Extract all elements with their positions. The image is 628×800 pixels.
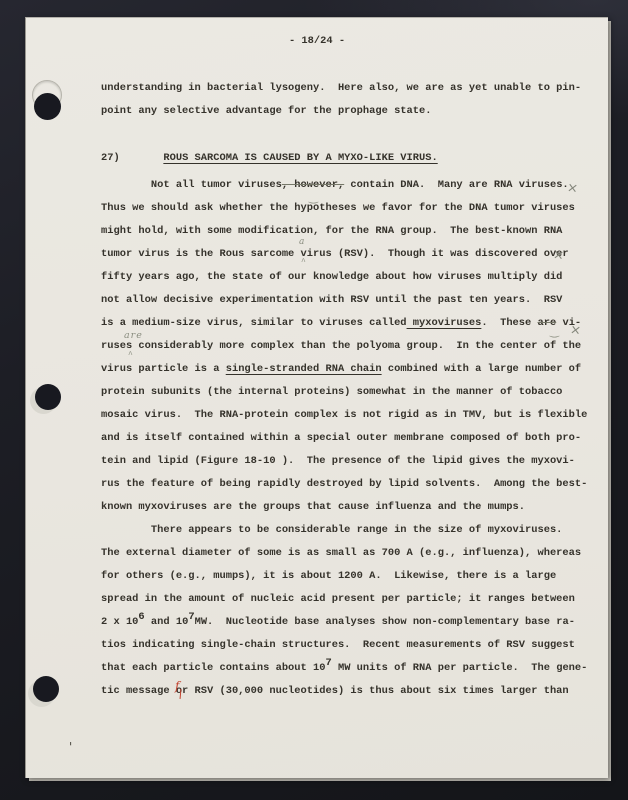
text-line: The external diameter of some is as smal… xyxy=(101,542,601,565)
text-segment: rus the feature of being rapidly destroy… xyxy=(101,478,587,490)
text-segment: fifty years ago, the state of our knowle… xyxy=(101,271,562,283)
text-segment: understanding in bacterial lysogeny. Her… xyxy=(101,82,581,94)
text-line: understanding in bacterial lysogeny. Her… xyxy=(101,77,601,100)
text-segment: MW. Nucleotide base analyses show non-co… xyxy=(195,616,575,628)
hole-punch-middle xyxy=(35,384,61,410)
text-line: rus the feature of being rapidly destroy… xyxy=(101,473,601,496)
text-segment: and is itself contained within a special… xyxy=(101,432,581,444)
text-line: 27) ROUS SARCOMA IS CAUSED BY A MYXO-LIK… xyxy=(101,147,601,170)
text-segment: protein subunits (the internal proteins)… xyxy=(101,386,562,398)
text-segment: - 18/24 - xyxy=(289,35,345,47)
text-line: tumor virus is the Rous sarcome virus (R… xyxy=(101,243,601,266)
text-segment: mosaic virus. The RNA-protein complex is… xyxy=(101,409,587,421)
text-segment: is a medium-size virus, similar to virus… xyxy=(101,317,407,329)
text-segment: The external diameter of some is as smal… xyxy=(101,547,581,559)
text-line: is a medium-size virus, similar to virus… xyxy=(101,312,601,335)
text-segment: combined with a large number of xyxy=(382,363,582,375)
text-segment: tein and lipid (Figure 18-10 ). The pres… xyxy=(101,455,575,467)
text-segment: 27) xyxy=(101,152,163,164)
text-line: ruses considerably more complex than the… xyxy=(101,335,601,358)
text-line: known myxoviruses are the groups that ca… xyxy=(101,496,601,519)
text-segment: tic message or RSV (30,000 nucleotides) … xyxy=(101,685,569,697)
page-number-line: - 18/24 - xyxy=(26,30,608,53)
text-segment: might hold, with some modification, for … xyxy=(101,225,562,237)
text-line: that each particle contains about 107 MW… xyxy=(101,657,601,680)
hole-punch-top xyxy=(34,93,61,120)
text-segment: point any selective advantage for the pr… xyxy=(101,105,431,117)
text-line: Thus we should ask whether the hypothese… xyxy=(101,197,601,220)
text-segment: virus particle is a xyxy=(101,363,226,375)
text-segment: 2 x 10 xyxy=(101,616,138,628)
text-segment: vi- xyxy=(556,317,581,329)
text-line: Not all tumor viruses, however, contain … xyxy=(101,174,601,197)
text-line: for others (e.g., mumps), it is about 12… xyxy=(101,565,601,588)
text-line: tein and lipid (Figure 18-10 ). The pres… xyxy=(101,450,601,473)
stray-pen-tick: ' xyxy=(69,740,72,754)
text-segment: There appears to be considerable range i… xyxy=(101,524,562,536)
struck-text: , however, xyxy=(282,179,344,191)
struck-text: are xyxy=(538,317,557,329)
text-segment: 7 xyxy=(325,657,331,669)
text-line: - 18/24 - xyxy=(26,30,608,53)
text-line: tios indicating single-chain structures.… xyxy=(101,634,601,657)
intro-paragraph: understanding in bacterial lysogeny. Her… xyxy=(101,77,601,123)
text-line: point any selective advantage for the pr… xyxy=(101,100,601,123)
photo-backdrop: - 18/24 - understanding in bacterial lys… xyxy=(0,0,628,800)
underlined-text: ROUS SARCOMA IS CAUSED BY A MYXO-LIKE VI… xyxy=(163,152,437,164)
text-segment: ruses considerably more complex than the… xyxy=(101,340,581,352)
hole-punch-bottom xyxy=(33,676,59,702)
text-segment: and 10 xyxy=(145,616,189,628)
section-heading-line: 27) ROUS SARCOMA IS CAUSED BY A MYXO-LIK… xyxy=(101,147,601,170)
text-line: 2 x 106 and 107MW. Nucleotide base analy… xyxy=(101,611,601,634)
text-line: mosaic virus. The RNA-protein complex is… xyxy=(101,404,601,427)
text-segment: 7 xyxy=(188,611,194,623)
text-segment: 6 xyxy=(138,611,144,623)
text-segment: Thus we should ask whether the hypothese… xyxy=(101,202,575,214)
text-line: fifty years ago, the state of our knowle… xyxy=(101,266,601,289)
text-line: protein subunits (the internal proteins)… xyxy=(101,381,601,404)
text-line: There appears to be considerable range i… xyxy=(101,519,601,542)
body-paragraphs: Not all tumor viruses, however, contain … xyxy=(101,174,601,703)
underlined-text: single-stranded RNA chain xyxy=(226,363,382,375)
text-segment: spread in the amount of nucleic acid pre… xyxy=(101,593,575,605)
text-segment: for others (e.g., mumps), it is about 12… xyxy=(101,570,556,582)
text-segment: known myxoviruses are the groups that ca… xyxy=(101,501,525,513)
text-line: not allow decisive experimentation with … xyxy=(101,289,601,312)
text-segment: MW units of RNA per particle. The gene- xyxy=(332,662,588,674)
text-line: tic message or RSV (30,000 nucleotides) … xyxy=(101,680,601,703)
text-segment: tumor virus is the Rous sarcome virus (R… xyxy=(101,248,569,260)
text-line: and is itself contained within a special… xyxy=(101,427,601,450)
text-segment: contain DNA. Many are RNA viruses. xyxy=(344,179,568,191)
text-segment: not allow decisive experimentation with … xyxy=(101,294,562,306)
underlined-text: myxoviruses xyxy=(407,317,482,329)
typed-text-column: - 18/24 - understanding in bacterial lys… xyxy=(101,18,601,778)
text-segment: that each particle contains about 10 xyxy=(101,662,325,674)
text-segment: . These xyxy=(481,317,537,329)
document-page: - 18/24 - understanding in bacterial lys… xyxy=(25,17,608,778)
text-segment: tios indicating single-chain structures.… xyxy=(101,639,575,651)
text-line: might hold, with some modification, for … xyxy=(101,220,601,243)
text-line: virus particle is a single-stranded RNA … xyxy=(101,358,601,381)
text-segment: Not all tumor viruses xyxy=(101,179,282,191)
text-line: spread in the amount of nucleic acid pre… xyxy=(101,588,601,611)
